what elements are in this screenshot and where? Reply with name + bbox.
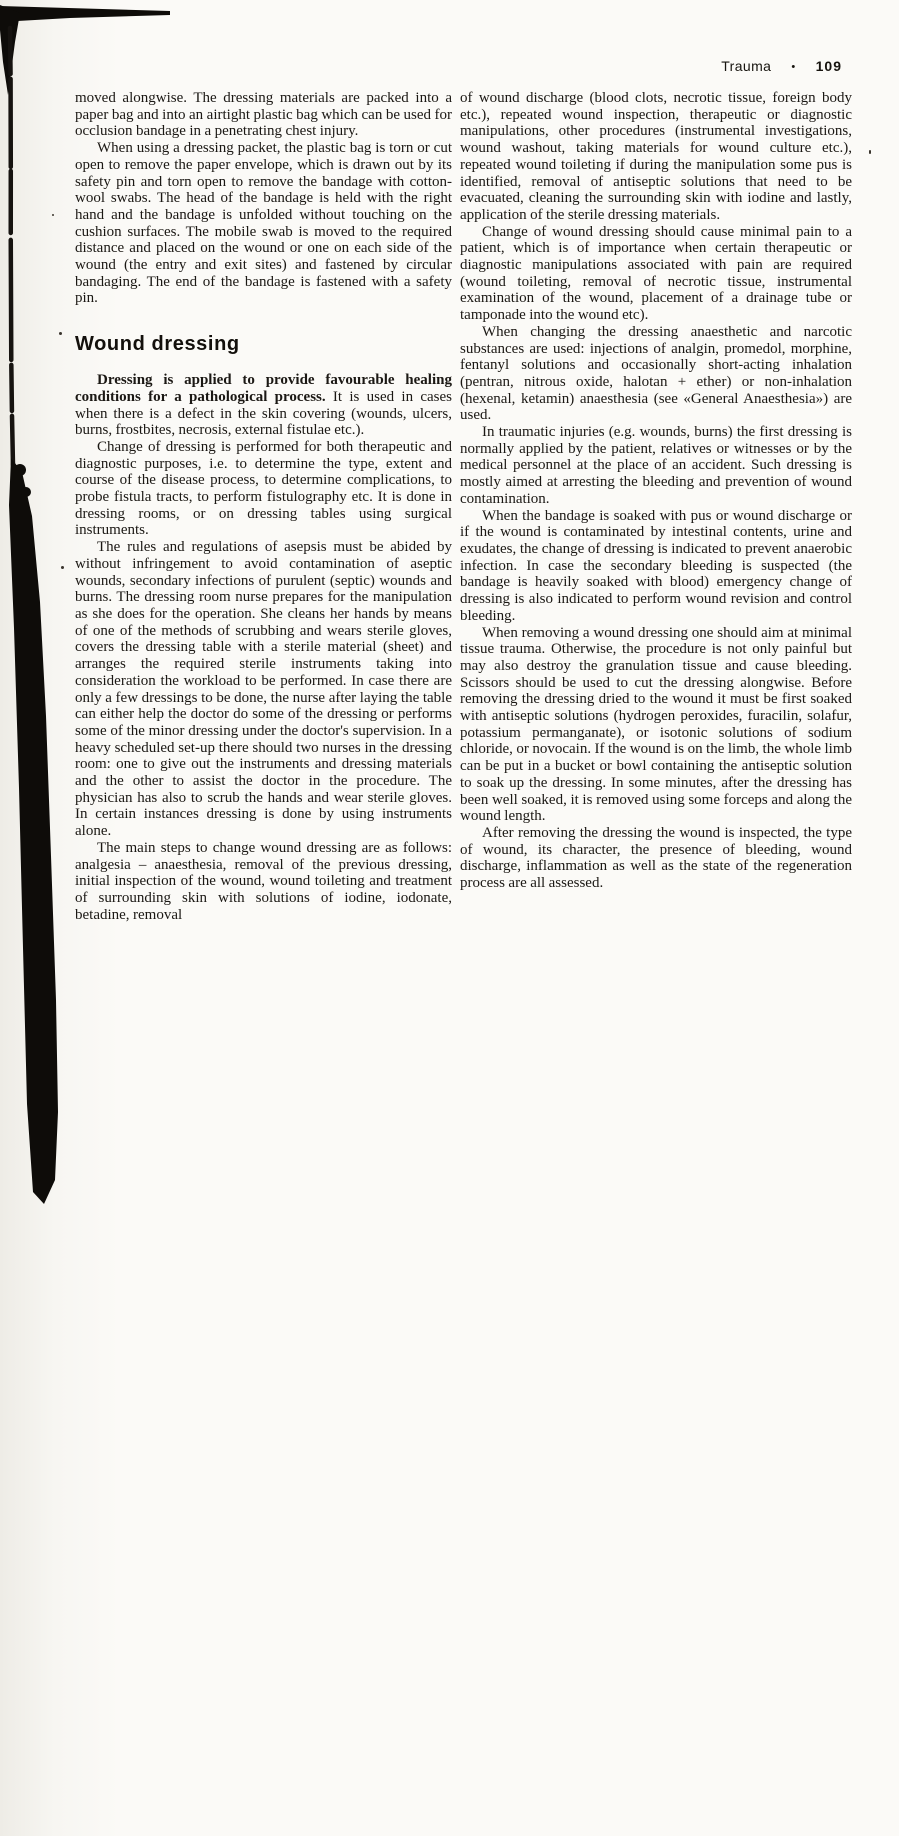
scan-speck	[52, 214, 54, 216]
right-column: of wound discharge (blood clots, necroti…	[460, 90, 852, 923]
left-column: moved alongwise. The dressing materials …	[75, 90, 452, 923]
chapter-title: Trauma	[721, 58, 771, 74]
running-header: Trauma • 109	[721, 58, 842, 74]
text-columns: moved alongwise. The dressing materials …	[75, 90, 852, 923]
paragraph: When removing a wound dressing one shoul…	[460, 625, 852, 825]
page-number: 109	[816, 58, 842, 74]
paragraph: When the bandage is soaked with pus or w…	[460, 508, 852, 625]
paragraph: Change of wound dressing should cause mi…	[460, 224, 852, 324]
paragraph: of wound discharge (blood clots, necroti…	[460, 90, 852, 224]
paragraph: The rules and regulations of asepsis mus…	[75, 539, 452, 840]
header-separator-dot: •	[791, 61, 795, 73]
paragraph: Change of dressing is performed for both…	[75, 439, 452, 539]
scanned-page: Trauma • 109 moved alongwise. The dressi…	[0, 0, 899, 1836]
paragraph: The main steps to change wound dressing …	[75, 840, 452, 924]
scan-speck	[59, 332, 62, 335]
paragraph: In traumatic injuries (e.g. wounds, burn…	[460, 424, 852, 508]
scan-speck	[61, 566, 64, 569]
paragraph: moved alongwise. The dressing materials …	[75, 90, 452, 140]
paragraph: Dressing is applied to provide favourabl…	[75, 372, 452, 439]
section-heading: Wound dressing	[75, 333, 452, 356]
paragraph: When using a dressing packet, the plasti…	[75, 140, 452, 307]
paragraph: When changing the dressing anaesthetic a…	[460, 324, 852, 424]
scan-speck	[869, 150, 871, 154]
paragraph: After removing the dressing the wound is…	[460, 825, 852, 892]
